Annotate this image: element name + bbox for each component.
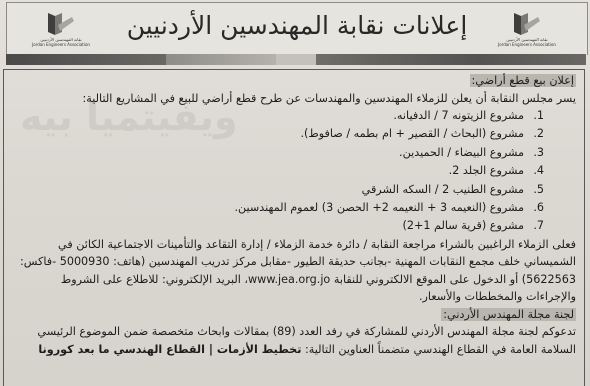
announcement-content: إعلان بيع قطع أراضي: يسر مجلس النقابة أن…	[8, 72, 576, 358]
project-item: 3.مشروع البيضاء / الحميدين.	[8, 144, 576, 162]
project-item: 1.مشروع الزيتونه 7 / الدفيانه.	[8, 107, 576, 125]
magazine-topics: تخطيط الأزمات | القطاع الهندسي ما بعد كو…	[38, 343, 301, 356]
logo-caption-en: Jordan Engineers Association	[31, 42, 91, 47]
projects-list: 1.مشروع الزيتونه 7 / الدفيانه. 2.مشروع (…	[8, 107, 576, 236]
header-divider-bar	[276, 54, 316, 65]
land-sale-intro: يسر مجلس النقابة أن يعلن للزملاء المهندس…	[8, 90, 576, 108]
land-sale-contact: فعلى الزملاء الراغبين بالشراء مراجعة الن…	[8, 236, 576, 306]
magazine-body: تدعوكم لجنة مجلة المهندس الأردني للمشارك…	[8, 323, 576, 358]
jea-logo-right: نقابة المهندسين الأردنيين Jordan Enginee…	[497, 11, 557, 53]
header-divider-bar	[316, 54, 586, 65]
header-divider-bar	[166, 54, 276, 65]
project-item: 6.مشروع (النعيمه 3 + النعيمه 2+ الحصن 3)…	[8, 199, 576, 217]
project-item: 2.مشروع (البحاث / القصير + ام بطمه / صاف…	[8, 125, 576, 143]
magazine-heading: لجنة مجلة المهندس الأردني:	[441, 308, 576, 321]
project-item: 5.مشروع الطنيب 2 / السكه الشرقي	[8, 181, 576, 199]
header-divider-bar	[6, 54, 166, 65]
announcements-header: نقابة المهندسين الأردنيين Jordan Enginee…	[6, 2, 588, 55]
project-item: 4.مشروع الجلد 2.	[8, 162, 576, 180]
land-sale-heading: إعلان بيع قطع أراضي:	[470, 74, 576, 87]
project-item: 7.مشروع (قرية سالم 1+2)	[8, 217, 576, 235]
newspaper-page: نقابة المهندسين الأردنيين Jordan Enginee…	[0, 0, 590, 386]
jea-logo-icon	[510, 11, 544, 37]
logo-caption-en: Jordan Engineers Association	[497, 42, 557, 47]
